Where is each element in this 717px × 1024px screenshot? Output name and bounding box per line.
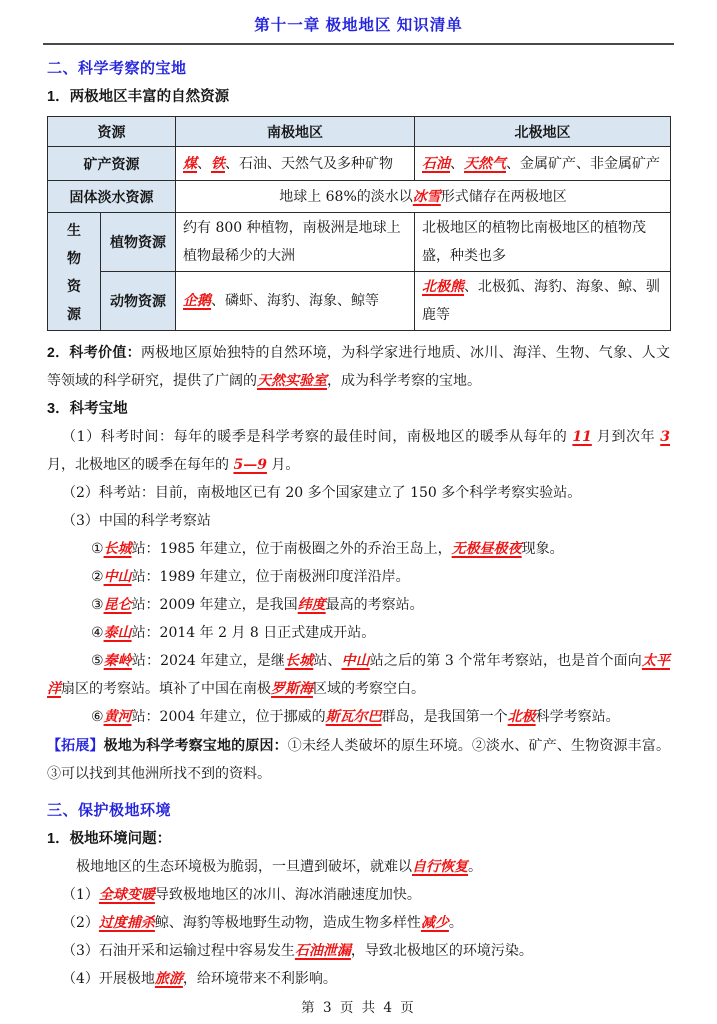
col-header-south-pole: 南极地区 <box>176 117 415 147</box>
table-row-animal: 动物资源 企鹅、磷虾、海豹、海象、鲸等 北极熊、北极狐、海豹、海象、鲸、驯鹿等 <box>48 272 671 331</box>
subheading-environment-problems: 1．极地环境问题： <box>47 825 670 853</box>
para-problem-oil-spill: （3）石油开采和运输过程中容易发生石油泄漏，导致北极地区的环境污染。 <box>47 937 670 965</box>
page-title: 第十一章 极地地区 知识清单 <box>47 14 670 38</box>
plant-south-cell: 约有 800 种植物，南极洲是地球上植物最稀少的大洲 <box>176 213 415 272</box>
col-header-north-pole: 北极地区 <box>415 117 671 147</box>
table-row-plant: 生物资源 植物资源 约有 800 种植物，南极洲是地球上植物最稀少的大洲 北极地… <box>48 213 671 272</box>
station-item-zhongshan: ②中山站：1989 年建立，位于南极洲印度洋沿岸。 <box>47 563 670 591</box>
header-rule <box>43 43 674 45</box>
mineral-south-cell: 煤、铁、石油、天然气及多种矿物 <box>176 147 415 181</box>
table-header-row: 资源 南极地区 北极地区 <box>48 117 671 147</box>
section-heading-science-treasure: 二、科学考察的宝地 <box>47 55 670 83</box>
freshwater-cell: 地球上 68%的淡水以冰雪形式储存在两极地区 <box>176 181 671 213</box>
plant-label: 植物资源 <box>101 213 176 272</box>
station-item-huanghe: ⑥黄河站：2004 年建立，位于挪威的斯瓦尔巴群岛，是我国第一个北极科学考察站。 <box>47 703 670 731</box>
para-expansion-note: 【拓展】极地为科学考察宝地的原因：①未经人类破坏的原生环境。②淡水、矿产、生物资… <box>47 731 670 788</box>
animal-label: 动物资源 <box>101 272 176 331</box>
station-item-kunlun: ③昆仑站：2009 年建立，是我国纬度最高的考察站。 <box>47 591 670 619</box>
para-problem-overhunting: （2）过度捕杀鲸、海豹等极地野生动物，造成生物多样性减少。 <box>47 909 670 937</box>
document-page: 第十一章 极地地区 知识清单 二、科学考察的宝地 1．两极地区丰富的自然资源 资… <box>0 0 717 1024</box>
col-header-resource: 资源 <box>48 117 176 147</box>
para-environment-intro: 极地地区的生态环境极为脆弱，一旦遭到破坏，就难以自行恢复。 <box>47 853 670 881</box>
section-heading-protect-environment: 三、保护极地环境 <box>47 797 670 825</box>
para-research-time: （1）科考时间：每年的暖季是科学考察的最佳时间，南极地区的暖季从每年的 11 月… <box>47 423 670 479</box>
para-problem-tourism: （4）开展极地旅游，给环境带来不利影响。 <box>47 965 670 993</box>
subheading-natural-resources: 1．两极地区丰富的自然资源 <box>47 83 670 111</box>
animal-north-cell: 北极熊、北极狐、海豹、海象、鲸、驯鹿等 <box>415 272 671 331</box>
para-research-stations: （2）科考站：目前，南极地区已有 20 多个国家建立了 150 多个科学考察实验… <box>47 479 670 507</box>
mineral-north-cell: 石油、天然气、金属矿产、非金属矿产 <box>415 147 671 181</box>
bio-label: 生物资源 <box>48 213 101 331</box>
animal-south-cell: 企鹅、磷虾、海豹、海象、鲸等 <box>176 272 415 331</box>
resources-table: 资源 南极地区 北极地区 矿产资源 煤、铁、石油、天然气及多种矿物 石油、天然气… <box>47 116 671 331</box>
para-problem-warming: （1）全球变暖导致极地地区的冰川、海冰消融速度加快。 <box>47 881 670 909</box>
station-item-changcheng: ①长城站：1985 年建立，位于南极圈之外的乔治王岛上，无极昼极夜现象。 <box>47 535 670 563</box>
plant-north-cell: 北极地区的植物比南极地区的植物茂盛，种类也多 <box>415 213 671 272</box>
station-item-qinling: ⑤秦岭站：2024 年建立，是继长城站、中山站之后的第 3 个常年考察站，也是首… <box>47 647 670 703</box>
freshwater-label: 固体淡水资源 <box>48 181 176 213</box>
page-footer: 第 3 页 共 4 页 <box>47 994 670 1022</box>
para-china-stations-heading: （3）中国的科学考察站 <box>47 507 670 535</box>
mineral-label: 矿产资源 <box>48 147 176 181</box>
station-item-taishan: ④泰山站：2014 年 2 月 8 日正式建成开站。 <box>47 619 670 647</box>
subheading-research-treasure: 3．科考宝地 <box>47 395 670 423</box>
table-row-mineral: 矿产资源 煤、铁、石油、天然气及多种矿物 石油、天然气、金属矿产、非金属矿产 <box>48 147 671 181</box>
para-research-value: 2．科考价值：两极地区原始独特的自然环境，为科学家进行地质、冰川、海洋、生物、气… <box>47 338 670 395</box>
table-row-freshwater: 固体淡水资源 地球上 68%的淡水以冰雪形式储存在两极地区 <box>48 181 671 213</box>
